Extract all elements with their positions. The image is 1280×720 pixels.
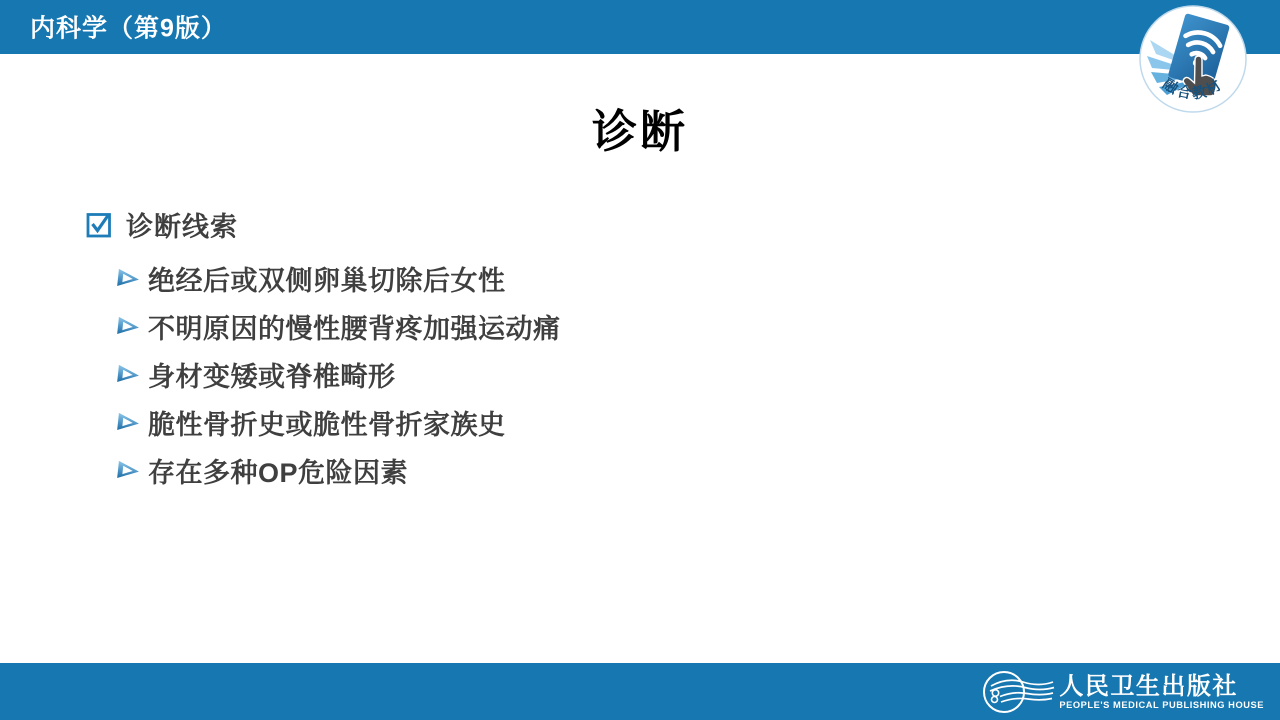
arrow-bullet-icon bbox=[116, 314, 141, 337]
content-area: 诊断线索 绝经后或双侧卵巢切除后女性 不明原因的慢性腰背疼加强运动痛 bbox=[86, 208, 1186, 494]
bullet-text: 身材变矮或脊椎畸形 bbox=[148, 355, 396, 394]
arrow-bullet-icon bbox=[116, 458, 141, 481]
publisher-emblem-icon bbox=[981, 669, 1055, 715]
bullet-text: 不明原因的慢性腰背疼加强运动痛 bbox=[148, 307, 561, 346]
publisher-name-en: PEOPLE'S MEDICAL PUBLISHING HOUSE bbox=[1059, 699, 1264, 711]
bullet-text: 绝经后或双侧卵巢切除后女性 bbox=[148, 259, 506, 298]
section-label: 诊断线索 bbox=[126, 205, 238, 244]
bullet-text: 脆性骨折史或脆性骨折家族史 bbox=[148, 403, 506, 442]
list-item: 脆性骨折史或脆性骨折家族史 bbox=[117, 398, 1186, 446]
bullet-text: 存在多种OP危险因素 bbox=[148, 451, 408, 490]
list-item: 存在多种OP危险因素 bbox=[117, 446, 1186, 494]
arrow-bullet-icon bbox=[116, 362, 141, 385]
publisher-logo: 人民卫生出版社 PEOPLE'S MEDICAL PUBLISHING HOUS… bbox=[981, 669, 1264, 715]
arrow-bullet-icon bbox=[116, 266, 141, 289]
footer-bar: 人民卫生出版社 PEOPLE'S MEDICAL PUBLISHING HOUS… bbox=[0, 663, 1280, 720]
arrow-bullet-icon bbox=[116, 410, 141, 433]
page-title: 诊断 bbox=[0, 95, 1280, 160]
bullet-list: 绝经后或双侧卵巢切除后女性 不明原因的慢性腰背疼加强运动痛 身材变矮或脊椎畸形 bbox=[86, 254, 1186, 494]
list-item: 绝经后或双侧卵巢切除后女性 bbox=[117, 254, 1186, 302]
checkbox-icon bbox=[86, 211, 113, 238]
list-item: 身材变矮或脊椎畸形 bbox=[117, 350, 1186, 398]
section-heading-row: 诊断线索 bbox=[86, 208, 1186, 240]
slide: 内科学（第9版） bbox=[0, 0, 1280, 720]
course-title: 内科学（第9版） bbox=[30, 8, 227, 44]
header-bar: 内科学（第9版） bbox=[0, 0, 1280, 54]
list-item: 不明原因的慢性腰背疼加强运动痛 bbox=[117, 302, 1186, 350]
publisher-name-cn: 人民卫生出版社 bbox=[1059, 673, 1264, 699]
publisher-text: 人民卫生出版社 PEOPLE'S MEDICAL PUBLISHING HOUS… bbox=[1059, 673, 1264, 711]
